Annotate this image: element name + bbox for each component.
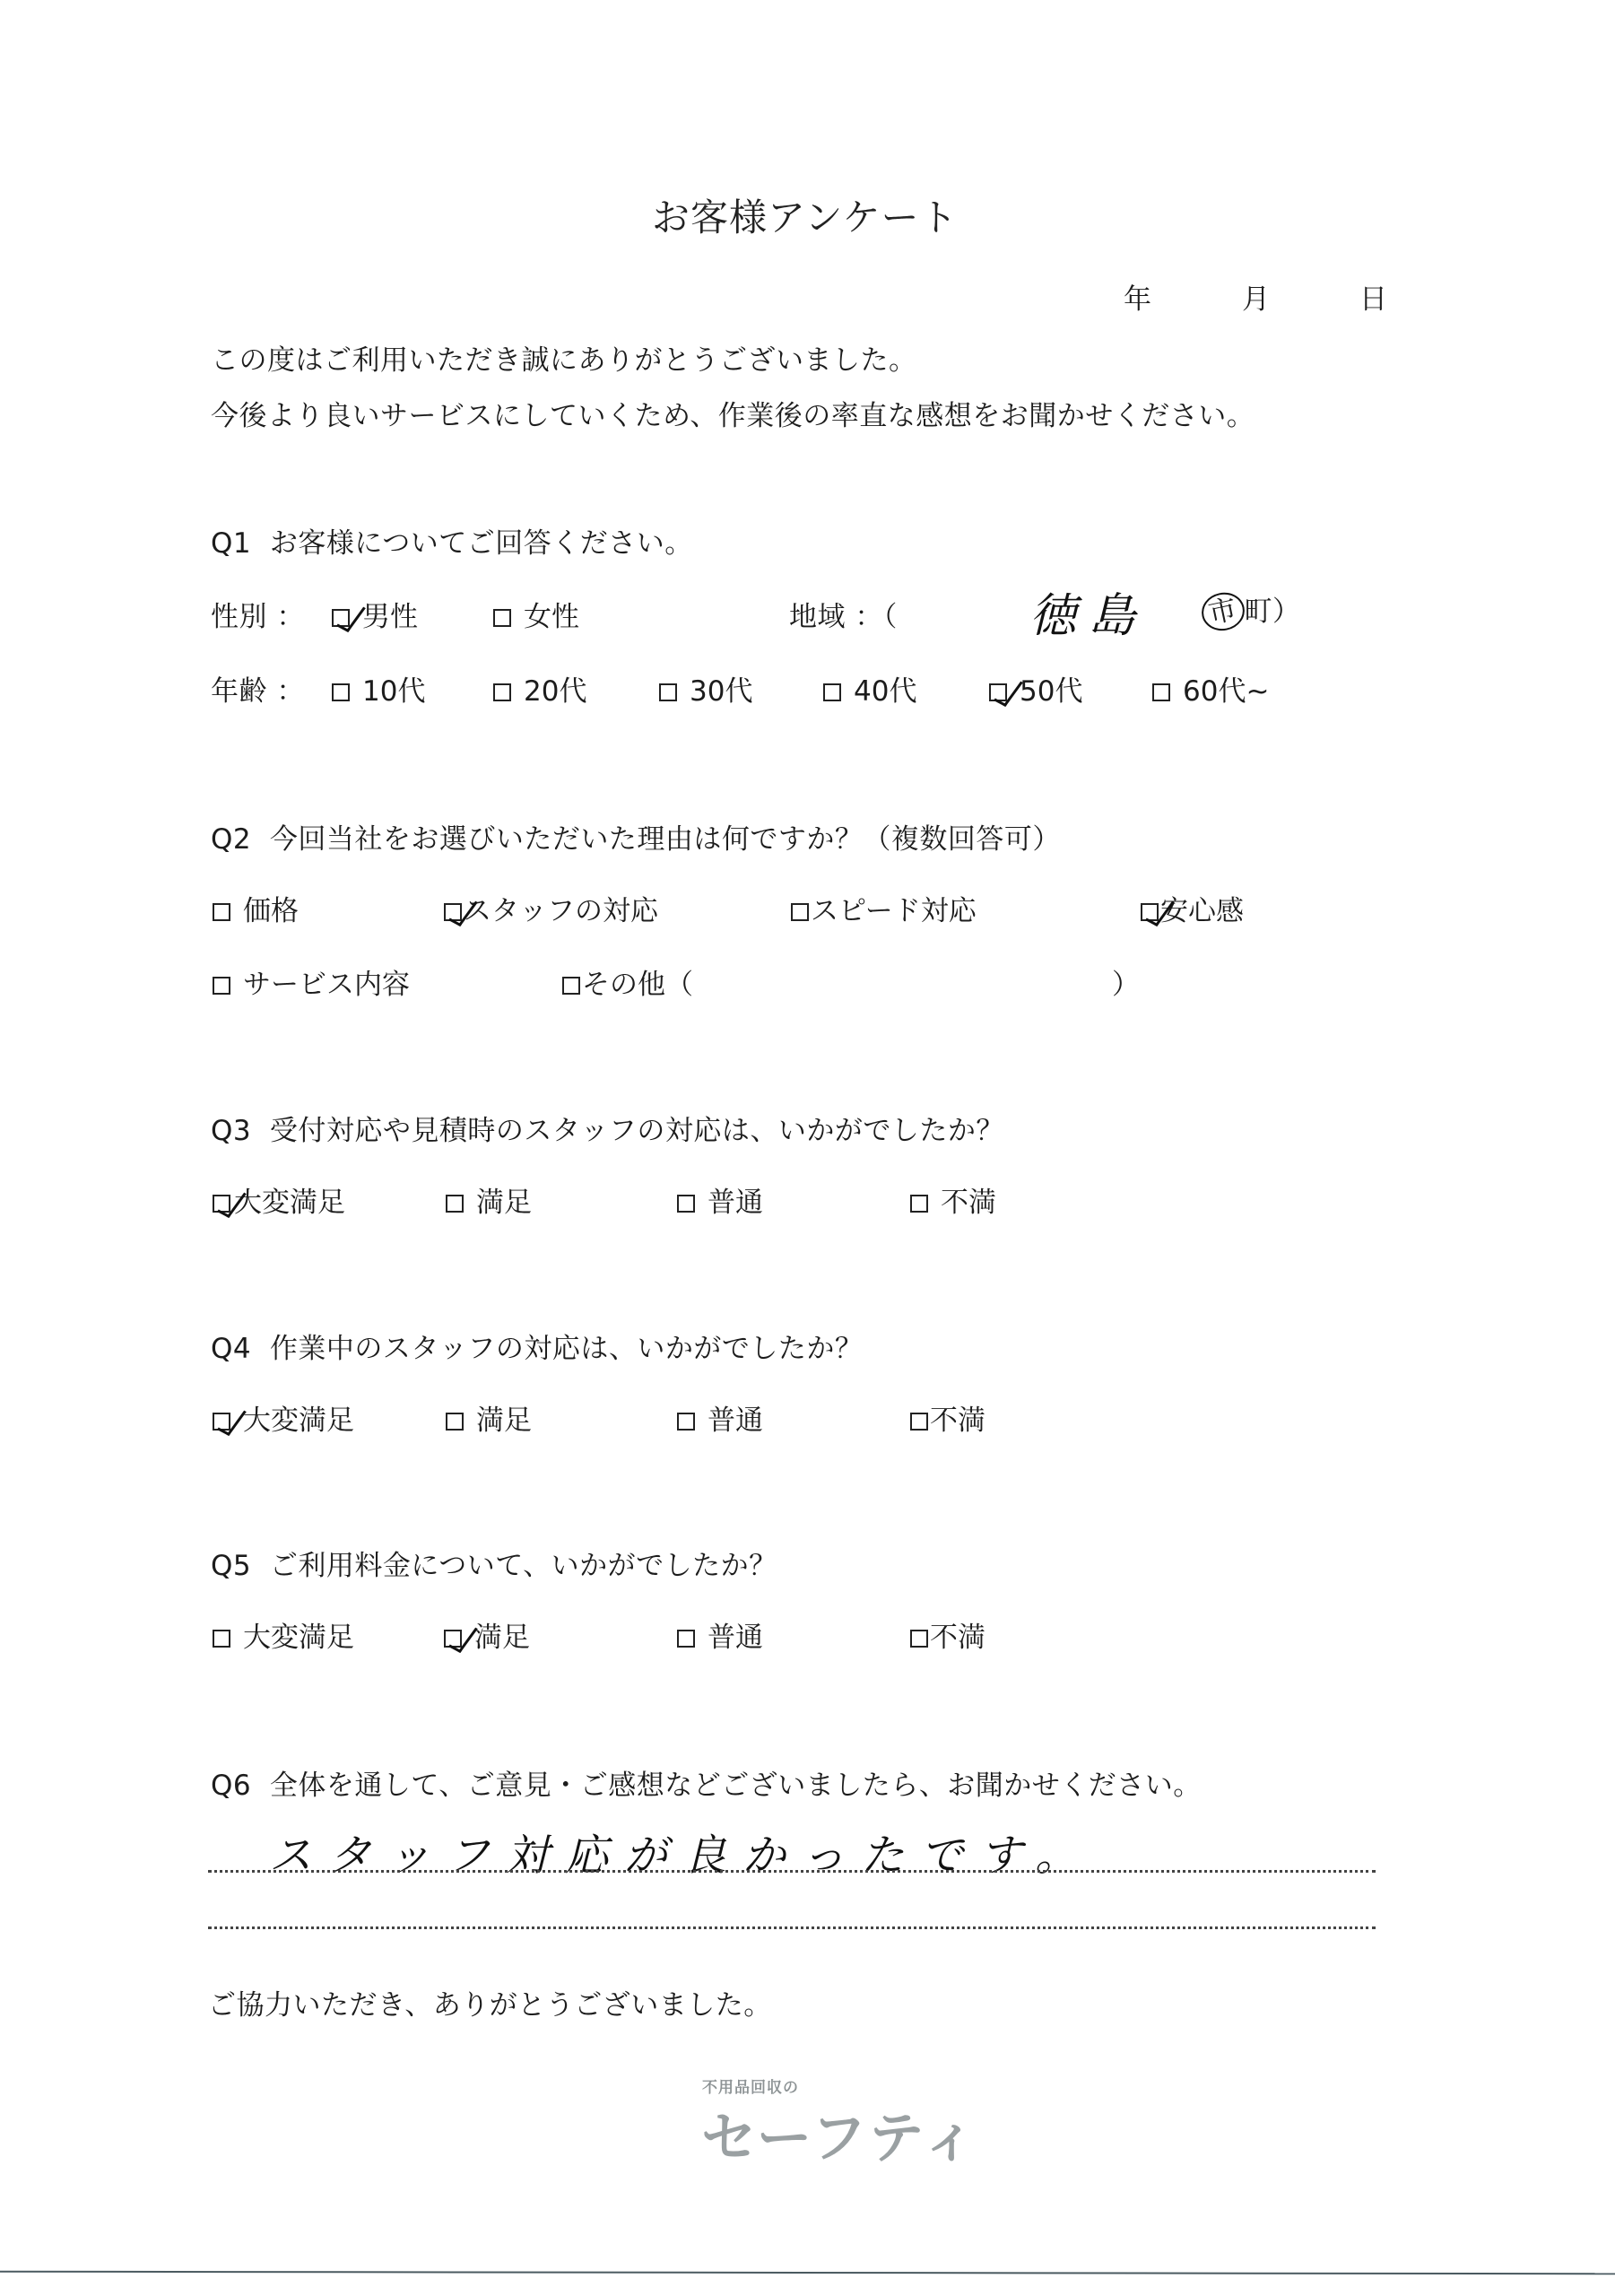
- q6-text: 全体を通して、ご意見・ご感想などございましたら、お聞かせください。: [270, 1770, 1202, 1802]
- region-handwritten-value[interactable]: 徳島: [1029, 578, 1148, 645]
- answer-line-2: [208, 1926, 1376, 1929]
- region-city-town: 市町）: [1202, 588, 1301, 631]
- checkbox-checked-icon[interactable]: [1141, 903, 1159, 921]
- checkbox-icon[interactable]: [677, 1630, 695, 1648]
- checkbox-checked-icon[interactable]: [213, 1413, 230, 1431]
- gender-label: 性別 ：: [211, 594, 305, 634]
- q3-heading: Q3 受付対応や見積時のスタッフの対応は、いかがでしたか？: [211, 1108, 1004, 1148]
- q4-option-very-satisfied[interactable]: 大変満足: [213, 1397, 354, 1438]
- city-circled-label[interactable]: 市: [1198, 589, 1247, 635]
- q2-option-other[interactable]: その他（: [562, 961, 693, 1002]
- gender-option-female[interactable]: 女性: [493, 594, 579, 634]
- q3-number: Q3: [211, 1115, 251, 1147]
- date-day-label: 日: [1359, 276, 1388, 317]
- q2-number: Q2: [211, 823, 251, 856]
- survey-title: お客様アンケート: [652, 188, 958, 242]
- q4-option-satisfied[interactable]: 満足: [446, 1397, 532, 1438]
- checkbox-icon[interactable]: [332, 683, 350, 701]
- q4-heading: Q4 作業中のスタッフの対応は、いかがでしたか？: [211, 1326, 863, 1366]
- q2-option-staff[interactable]: スタッフの対応: [444, 888, 658, 928]
- region-label: 地域 ：（: [789, 594, 898, 634]
- closing-message: ご協力いただき、ありがとうございました。: [208, 1982, 772, 2022]
- q2-other-close-paren: ）: [1112, 961, 1141, 1002]
- age-option-60s-plus[interactable]: 60代~: [1152, 668, 1269, 709]
- q5-number: Q5: [211, 1550, 251, 1582]
- date-year-label: 年: [1124, 276, 1152, 317]
- checkbox-checked-icon[interactable]: [989, 683, 1007, 701]
- q2-option-price[interactable]: 価格: [213, 888, 299, 928]
- intro-line-2: 今後より良いサービスにしていくため、作業後の率直な感想をお聞かせください。: [211, 393, 1255, 433]
- q1-text: お客様についてご回答ください。: [270, 527, 693, 560]
- q3-option-neutral[interactable]: 普通: [677, 1179, 763, 1220]
- q1-heading: Q1 お客様についてご回答ください。: [211, 520, 693, 561]
- q5-heading: Q5 ご利用料金について、いかがでしたか？: [211, 1543, 777, 1583]
- q2-option-service[interactable]: サービス内容: [213, 961, 410, 1002]
- q4-option-neutral[interactable]: 普通: [677, 1397, 763, 1438]
- age-option-10s[interactable]: 10代: [332, 668, 425, 709]
- answer-line-1: [208, 1870, 1376, 1873]
- page-bottom-rule: [0, 2271, 1615, 2275]
- q3-text: 受付対応や見積時のスタッフの対応は、いかがでしたか？: [270, 1115, 1004, 1147]
- q4-text: 作業中のスタッフの対応は、いかがでしたか？: [270, 1333, 864, 1365]
- checkbox-icon[interactable]: [677, 1195, 695, 1213]
- town-label: 町）: [1245, 596, 1301, 628]
- checkbox-checked-icon[interactable]: [444, 903, 462, 921]
- age-label: 年齢 ：: [211, 668, 305, 709]
- checkbox-icon[interactable]: [562, 977, 580, 995]
- age-option-30s[interactable]: 30代: [659, 668, 752, 709]
- checkbox-icon[interactable]: [446, 1413, 464, 1431]
- q2-text: 今回当社をお選びいただいた理由は何ですか？（複数回答可）: [270, 823, 1061, 856]
- date-month-label: 月: [1242, 276, 1271, 317]
- age-option-20s[interactable]: 20代: [493, 668, 586, 709]
- checkbox-icon[interactable]: [910, 1413, 928, 1431]
- logo-name: セーフティ: [701, 2093, 978, 2173]
- q2-option-reassurance[interactable]: 安心感: [1141, 888, 1244, 928]
- q2-heading: Q2 今回当社をお選びいただいた理由は何ですか？（複数回答可）: [211, 816, 1061, 857]
- q1-number: Q1: [211, 527, 251, 560]
- checkbox-checked-icon[interactable]: [213, 1195, 230, 1213]
- q4-number: Q4: [211, 1333, 251, 1365]
- checkbox-icon[interactable]: [213, 977, 230, 995]
- age-option-50s[interactable]: 50代: [989, 668, 1082, 709]
- q5-option-satisfied[interactable]: 満足: [444, 1614, 530, 1655]
- q6-handwritten-answer[interactable]: スタッフ対応が良かったです。: [269, 1821, 1094, 1883]
- q4-option-dissatisfied[interactable]: 不満: [910, 1397, 985, 1438]
- q3-option-dissatisfied[interactable]: 不満: [910, 1179, 996, 1220]
- checkbox-icon[interactable]: [677, 1413, 695, 1431]
- q3-option-satisfied[interactable]: 満足: [446, 1179, 532, 1220]
- q5-text: ご利用料金について、いかがでしたか？: [270, 1550, 777, 1582]
- checkbox-icon[interactable]: [910, 1195, 928, 1213]
- checkbox-icon[interactable]: [446, 1195, 464, 1213]
- intro-line-1: この度はご利用いただき誠にありがとうございました。: [211, 337, 917, 378]
- q3-option-very-satisfied[interactable]: 大変満足: [213, 1179, 345, 1220]
- checkbox-checked-icon[interactable]: [444, 1630, 462, 1648]
- checkbox-icon[interactable]: [213, 1630, 230, 1648]
- age-option-40s[interactable]: 40代: [823, 668, 916, 709]
- q5-option-very-satisfied[interactable]: 大変満足: [213, 1614, 354, 1655]
- checkbox-icon[interactable]: [659, 683, 677, 701]
- checkbox-icon[interactable]: [213, 903, 230, 921]
- q6-number: Q6: [211, 1770, 251, 1802]
- gender-option-male[interactable]: 男性: [332, 594, 418, 634]
- q6-heading: Q6 全体を通して、ご意見・ご感想などございましたら、お聞かせください。: [211, 1762, 1202, 1803]
- checkbox-icon[interactable]: [493, 609, 511, 627]
- checkbox-icon[interactable]: [910, 1630, 928, 1648]
- q5-option-dissatisfied[interactable]: 不満: [910, 1614, 985, 1655]
- checkbox-checked-icon[interactable]: [332, 609, 350, 627]
- q5-option-neutral[interactable]: 普通: [677, 1614, 763, 1655]
- checkbox-icon[interactable]: [1152, 683, 1170, 701]
- checkbox-icon[interactable]: [823, 683, 841, 701]
- checkbox-icon[interactable]: [493, 683, 511, 701]
- checkbox-icon[interactable]: [791, 903, 809, 921]
- q2-option-speed[interactable]: スピード対応: [791, 888, 977, 928]
